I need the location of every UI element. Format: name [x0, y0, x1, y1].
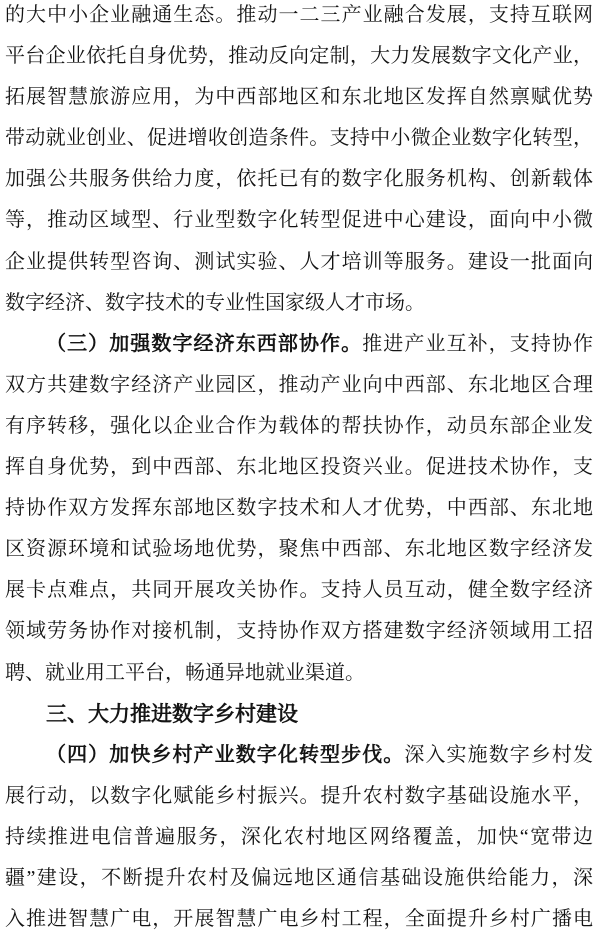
text-line: 加强公共服务供给力度，依托已有的数字化服务机构、创新载体 — [5, 159, 593, 200]
paragraph-end-line: 数字经济、数字技术的专业性国家级人才市场。 — [5, 283, 593, 324]
text-line: 疆”建设，不断提升农村及偏远地区通信基础设施供给能力，深 — [5, 858, 593, 899]
section-heading: 三、大力推进数字乡村建设 — [5, 694, 593, 735]
text-line: 展卡点难点，共同开展攻关协作。支持人员互动，健全数字经济 — [5, 570, 593, 611]
text-line: 领域劳务协作对接机制，支持协作双方搭建数字经济领域用工招 — [5, 611, 593, 652]
text-line: 拓展智慧旅游应用，为中西部地区和东北地区发挥自然禀赋优势 — [5, 77, 593, 118]
text-line: 带动就业创业、促进增收创造条件。支持中小微企业数字化转型， — [5, 118, 593, 159]
paragraph-end-line: 聘、就业用工平台，畅通异地就业渠道。 — [5, 653, 593, 694]
text-line: 区资源环境和试验场地优势，聚焦中西部、东北地区数字经济发 — [5, 529, 593, 570]
text-line: 等，推动区域型、行业型数字化转型促进中心建设，面向中小微 — [5, 200, 593, 241]
paragraph-start-line: （四）加快乡村产业数字化转型步伐。深入实施数字乡村发 — [5, 735, 593, 776]
text-line: 企业提供转型咨询、测试实验、人才培训等服务。建设一批面向 — [5, 242, 593, 283]
paragraph-lead-rest: 推进产业互补，支持协作 — [362, 333, 593, 355]
text-line: 持协作双方发挥东部地区数字技术和人才优势，中西部、东北地 — [5, 488, 593, 529]
paragraph-lead-bold: （三）加强数字经济东西部协作。 — [46, 333, 362, 355]
text-line: 的大中小企业融通生态。推动一二三产业融合发展，支持互联网 — [5, 0, 593, 36]
text-line: 双方共建数字经济产业园区，推动产业向中西部、东北地区合理 — [5, 365, 593, 406]
text-line: 平台企业依托自身优势，推动反向定制，大力发展数字文化产业， — [5, 36, 593, 77]
text-line: 挥自身优势，到中西部、东北地区投资兴业。促进技术协作，支 — [5, 447, 593, 488]
text-line: 有序转移，强化以企业合作为载体的帮扶协作，动员东部企业发 — [5, 406, 593, 447]
text-line: 持续推进电信普遍服务，深化农村地区网络覆盖，加快“宽带边 — [5, 817, 593, 858]
document-page: 的大中小企业融通生态。推动一二三产业融合发展，支持互联网 平台企业依托自身优势，… — [0, 0, 600, 938]
text-line: 入推进智慧广电，开展智慧广电乡村工程，全面提升乡村广播电 — [5, 899, 593, 938]
paragraph-lead-rest: 深入实施数字乡村发 — [404, 744, 593, 766]
paragraph-lead-bold: （四）加快乡村产业数字化转型步伐。 — [46, 744, 404, 766]
text-line: 展行动，以数字化赋能乡村振兴。提升农村数字基础设施水平， — [5, 776, 593, 817]
document-text: 的大中小企业融通生态。推动一二三产业融合发展，支持互联网 平台企业依托自身优势，… — [0, 0, 600, 938]
paragraph-start-line: （三）加强数字经济东西部协作。推进产业互补，支持协作 — [5, 324, 593, 365]
